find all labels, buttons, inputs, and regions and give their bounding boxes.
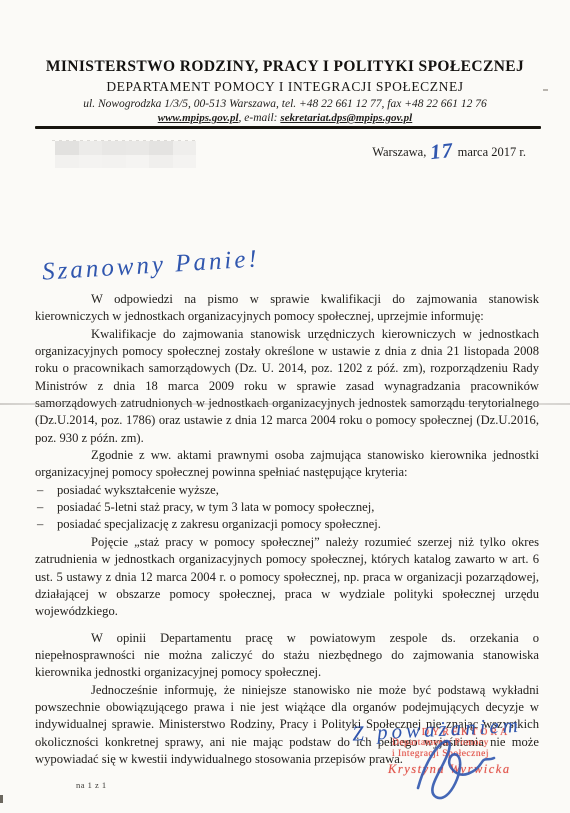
scanned-letter-page: MINISTERSTWO RODZINY, PRACY I POLITYKI S…	[0, 0, 570, 813]
paragraph-pojecie: Pojęcie „staż pracy w pomocy społecznej”…	[35, 534, 539, 621]
criteria-item-text: posiadać 5-letni staż pracy, w tym 3 lat…	[57, 500, 374, 514]
paragraph-opinia: W opinii Departamentu pracę w powiatowym…	[35, 630, 539, 682]
scan-artifact	[0, 795, 3, 803]
paragraph-zgodnie: Zgodnie z ww. aktami prawnymi osoba zajm…	[35, 447, 539, 482]
criteria-item-text: posiadać specjalizację z zakresu organiz…	[57, 517, 381, 531]
criteria-item: –posiadać 5-letni staż pracy, w tym 3 la…	[35, 499, 539, 516]
handwritten-signature-icon	[408, 728, 500, 804]
criteria-item: –posiadać wykształcenie wyższe,	[35, 482, 539, 499]
email-label: , e-mail:	[239, 112, 281, 124]
letterhead-divider	[35, 126, 541, 129]
bullet-dash: –	[37, 499, 43, 516]
criteria-item: –posiadać specjalizację z zakresu organi…	[35, 516, 539, 533]
ministry-name: MINISTERSTWO RODZINY, PRACY I POLITYKI S…	[0, 58, 570, 76]
dateline-city: Warszawa,	[372, 145, 426, 159]
criteria-item-text: posiadać wykształcenie wyższe,	[57, 483, 219, 497]
dateline: Warszawa, 17 marca 2017 r.	[372, 143, 526, 160]
handwritten-day: 17	[430, 144, 454, 158]
website-link: www.mpips.gov.pl	[158, 112, 239, 124]
bullet-dash: –	[37, 482, 43, 499]
handwritten-salutation: Szanowny Panie!	[41, 245, 260, 286]
contact-line: www.mpips.gov.pl, e-mail: sekretariat.dp…	[0, 112, 570, 124]
page-indicator: na 1 z 1	[76, 780, 107, 790]
dateline-date: marca 2017 r.	[458, 145, 526, 159]
email-link: sekretariat.dps@mpips.gov.pl	[280, 112, 412, 124]
bullet-dash: –	[37, 516, 43, 533]
letter-body: W odpowiedzi na pismo w sprawie kwalifik…	[35, 291, 539, 768]
redacted-recipient-block	[55, 141, 196, 168]
paragraph-intro: W odpowiedzi na pismo w sprawie kwalifik…	[35, 291, 539, 326]
criteria-list: –posiadać wykształcenie wyższe, –posiada…	[35, 482, 539, 534]
paragraph-kwalifikacje: Kwalifikacje do zajmowania stanowisk urz…	[35, 326, 539, 447]
letterhead: MINISTERSTWO RODZINY, PRACY I POLITYKI S…	[0, 58, 570, 124]
department-name: DEPARTAMENT POMOCY I INTEGRACJI SPOŁECZN…	[0, 79, 570, 95]
address-line: ul. Nowogrodzka 1/3/5, 00-513 Warszawa, …	[0, 98, 570, 110]
